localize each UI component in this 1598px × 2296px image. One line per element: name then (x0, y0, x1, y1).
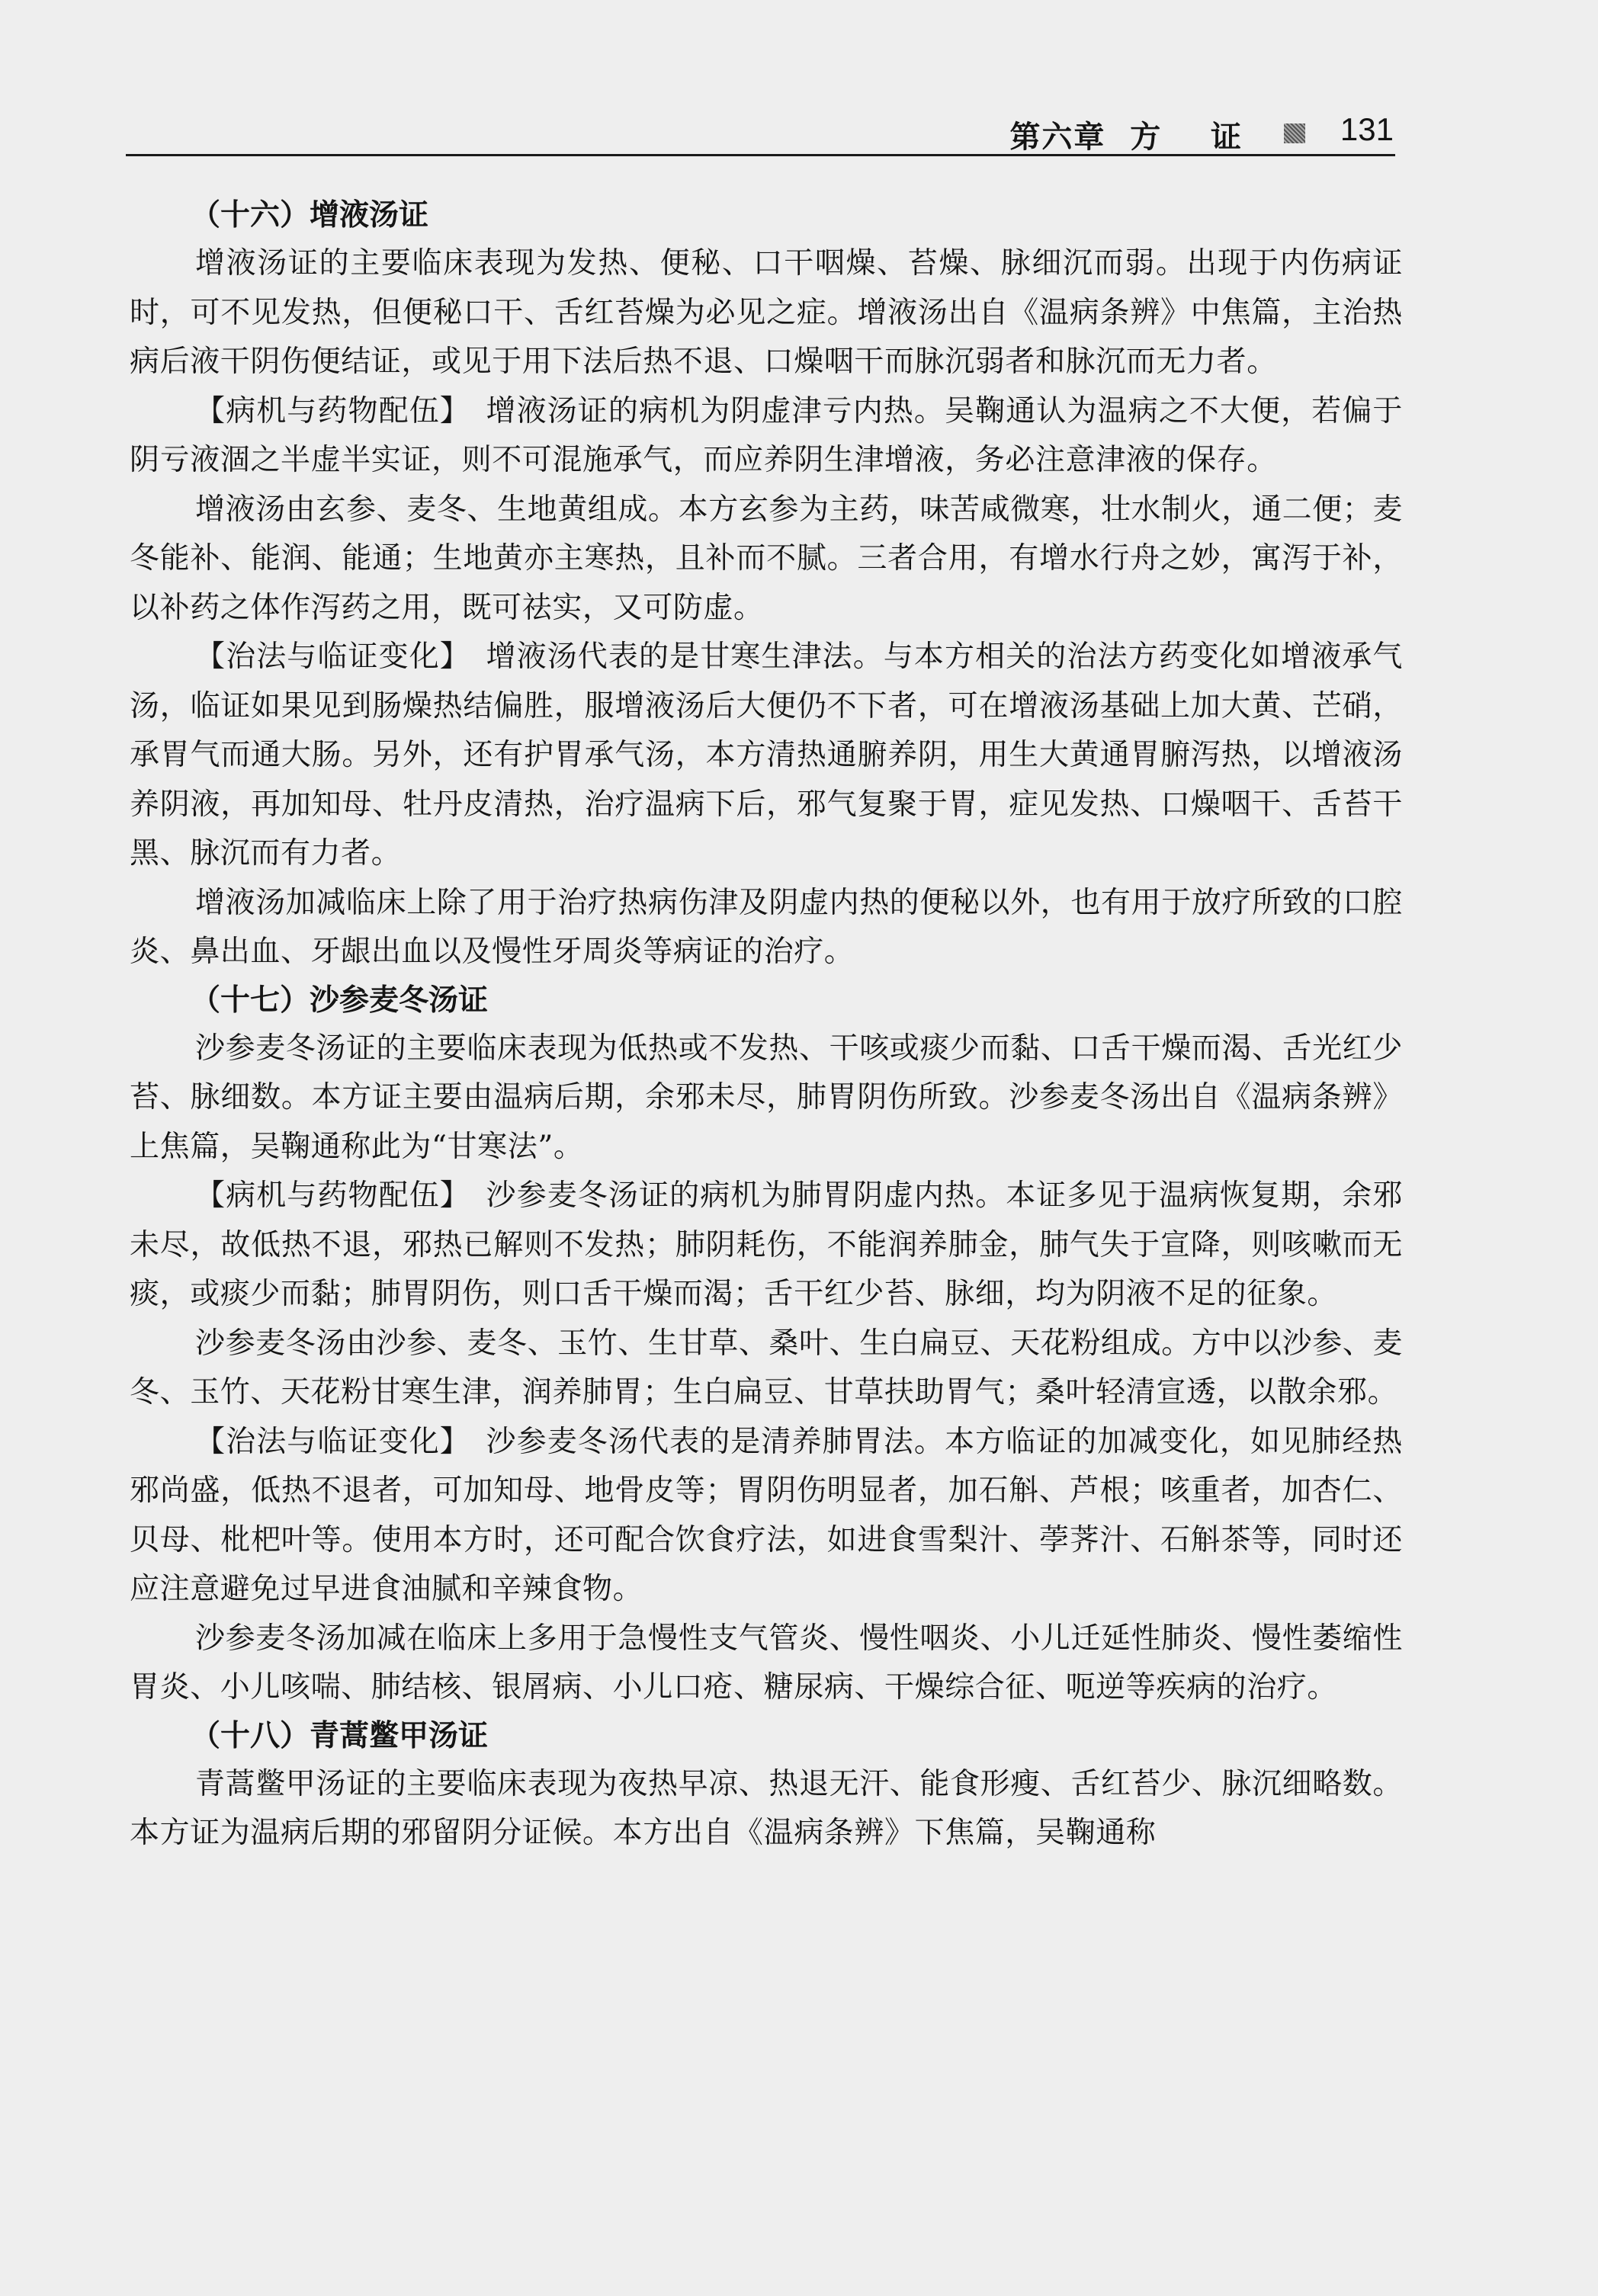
paragraph: 沙参麦冬汤由沙参、麦冬、玉竹、生甘草、桑叶、生白扁豆、天花粉组成。方中以沙参、麦… (130, 1320, 1403, 1418)
paragraph: 青蒿鳖甲汤证的主要临床表现为夜热早凉、热退无汗、能食形瘦、舌红苔少、脉沉细略数。… (130, 1760, 1403, 1858)
section-title: （十六）增液汤证 (130, 192, 1403, 239)
paragraph-tag: 【治法与临证变化】 (195, 1425, 455, 1459)
paragraph: 沙参麦冬汤证的主要临床表现为低热或不发热、干咳或痰少而黏、口舌干燥而渴、舌光红少… (130, 1025, 1403, 1172)
paragraph-tag: 【病机与药物配伍】 (195, 1178, 455, 1213)
page-body: （十六）增液汤证 增液汤证的主要临床表现为发热、便秘、口干咽燥、苔燥、脉细沉而弱… (130, 192, 1403, 1858)
paragraph-tag: 【治法与临证变化】 (195, 640, 455, 674)
chapter-title: 第六章 方 证 (1009, 113, 1243, 156)
page-number: 131 (1340, 111, 1394, 148)
page-marker-icon (1284, 123, 1305, 143)
paragraph: 增液汤加减临床上除了用于治疗热病伤津及阴虚内热的便秘以外，也有用于放疗所致的口腔… (130, 879, 1403, 977)
paragraph: 增液汤证的主要临床表现为发热、便秘、口干咽燥、苔燥、脉细沉而弱。出现于内伤病证时… (130, 239, 1403, 387)
paragraph: 【病机与药物配伍】 增液汤证的病机为阴虚津亏内热。吴鞠通认为温病之不大便，若偏于… (130, 387, 1403, 486)
paragraph: 【病机与药物配伍】 沙参麦冬汤证的病机为肺胃阴虚内热。本证多见于温病恢复期，余邪… (130, 1172, 1403, 1320)
running-header: 第六章 方 证 131 (126, 107, 1395, 156)
section-title: （十七）沙参麦冬汤证 (130, 977, 1403, 1025)
section-title: （十八）青蒿鳖甲汤证 (130, 1713, 1403, 1760)
paragraph: 沙参麦冬汤加减在临床上多用于急慢性支气管炎、慢性咽炎、小儿迁延性肺炎、慢性萎缩性… (130, 1615, 1403, 1713)
paragraph: 【治法与临证变化】 沙参麦冬汤代表的是清养肺胃法。本方临证的加减变化，如见肺经热… (130, 1418, 1403, 1615)
paragraph-tag: 【病机与药物配伍】 (195, 394, 455, 428)
paragraph: 增液汤由玄参、麦冬、生地黄组成。本方玄参为主药，味苦咸微寒，壮水制火，通二便；麦… (130, 486, 1403, 633)
paragraph: 【治法与临证变化】 增液汤代表的是甘寒生津法。与本方相关的治法方药变化如增液承气… (130, 633, 1403, 879)
